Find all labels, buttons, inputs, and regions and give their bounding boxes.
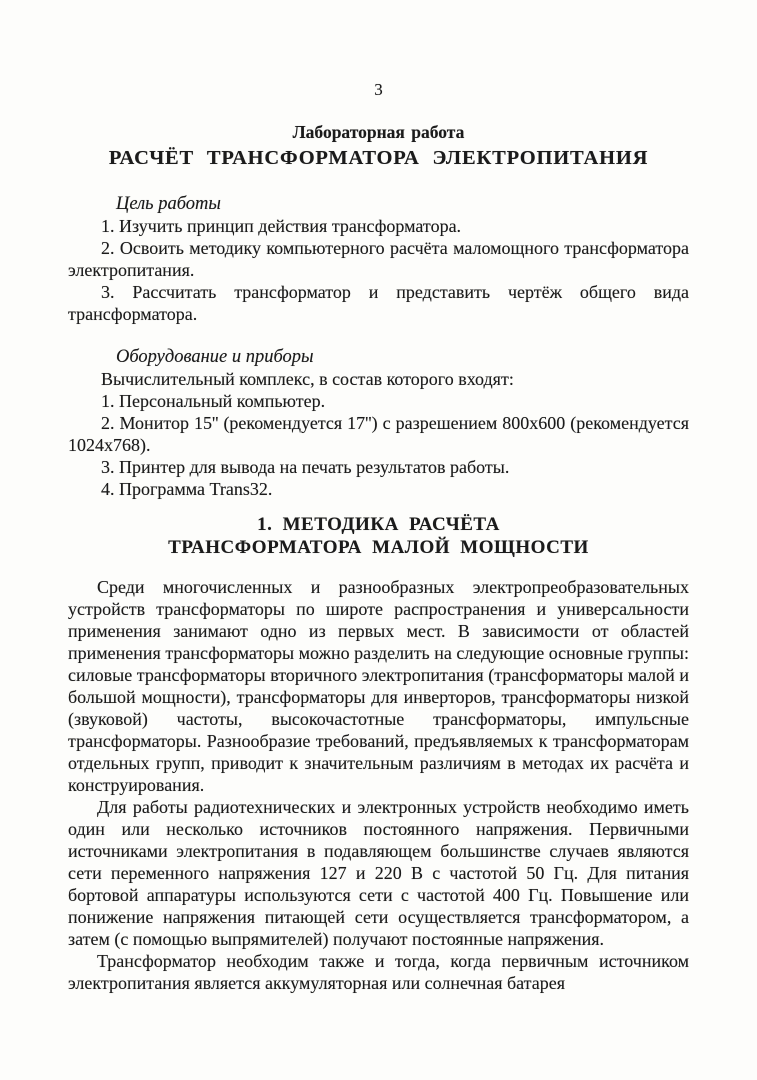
page-content: 3 Лабораторная работа РАСЧЁТ ТРАНСФОРМАТ… [0,0,757,994]
body-paragraph: Среди многочисленных и разнообразных эле… [68,576,689,796]
equipment-item: 4. Программа Trans32. [68,478,689,500]
goal-item: 2. Освоить методику компьютерного расчёт… [68,237,689,281]
goal-item: 1. Изучить принцип действия трансформато… [68,215,689,237]
chapter-heading-line2: ТРАНСФОРМАТОРА МАЛОЙ МОЩНОСТИ [68,536,689,559]
chapter-heading-line1: 1. МЕТОДИКА РАСЧЁТА [68,513,689,536]
document-title: РАСЧЁТ ТРАНСФОРМАТОРА ЭЛЕКТРОПИТАНИЯ [68,145,689,171]
equipment-section-heading: Оборудование и приборы [116,346,689,368]
equipment-item: 3. Принтер для вывода на печать результа… [68,456,689,478]
article-body: Среди многочисленных и разнообразных эле… [68,576,689,994]
goal-item: 3. Рассчитать трансформатор и представит… [68,281,689,325]
document-subtitle: Лабораторная работа [68,122,689,142]
body-paragraph: Для работы радиотехнических и электронны… [68,796,689,950]
equipment-item: 1. Персональный компьютер. [68,390,689,412]
chapter-heading: 1. МЕТОДИКА РАСЧЁТА ТРАНСФОРМАТОРА МАЛОЙ… [68,513,689,559]
equipment-item: 2. Монитор 15'' (рекомендуется 17'') с р… [68,412,689,456]
body-paragraph: Трансформатор необходим также и тогда, к… [68,950,689,994]
scanned-document-page: 3 Лабораторная работа РАСЧЁТ ТРАНСФОРМАТ… [0,0,757,1080]
page-number: 3 [68,80,689,100]
goal-section-heading: Цель работы [116,193,689,215]
equipment-intro: Вычислительный комплекс, в состав которо… [68,368,689,390]
